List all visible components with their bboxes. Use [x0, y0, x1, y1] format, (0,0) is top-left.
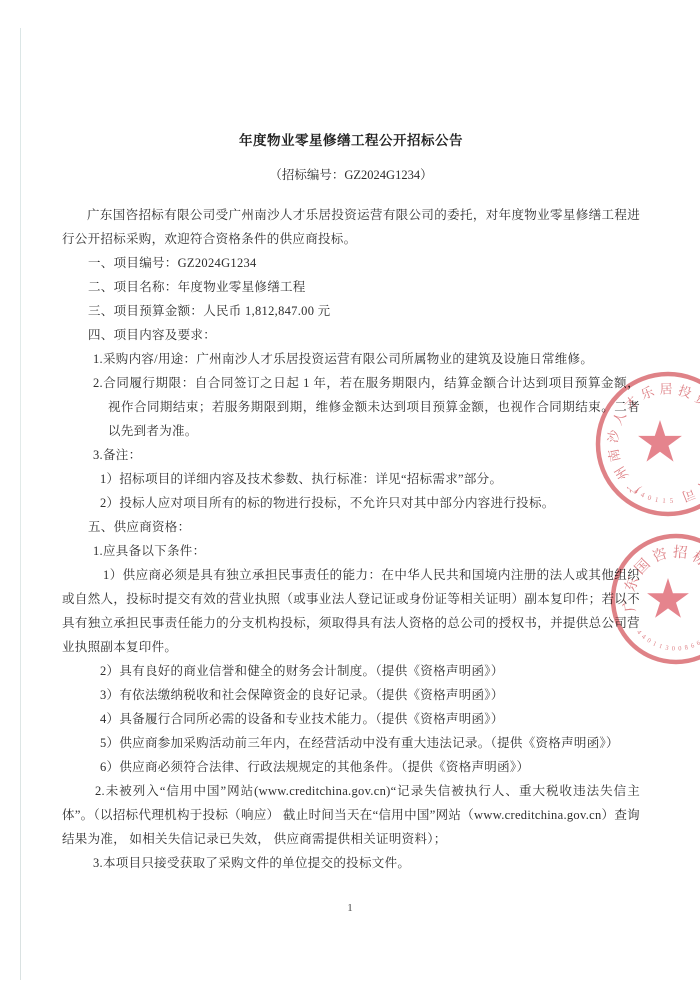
svg-text:0: 0 [678, 645, 682, 652]
svg-text:8: 8 [684, 644, 689, 652]
paragraph: 1.采购内容/用途：广州南沙人才乐居投资运营有限公司所属物业的建筑及设施日常维修… [93, 347, 640, 371]
paragraph: 2.未被列入“信用中国”网站(www.creditchina.gov.cn)“记… [62, 779, 640, 851]
svg-text:资: 资 [692, 391, 700, 411]
paragraph: 3）有依法缴纳税收和社会保障资金的良好记录。（提供《资格声明函》） [100, 683, 640, 707]
paragraph: 二、项目名称：年度物业零星修缮工程 [88, 275, 640, 299]
svg-text:6: 6 [696, 639, 700, 647]
svg-text:居: 居 [659, 381, 673, 396]
seal-star-icon [647, 578, 689, 618]
paragraph: 一、项目编号：GZ2024G1234 [88, 251, 640, 275]
document-content: 年度物业零星修缮工程公开招标公告 （招标编号：GZ2024G1234） 广东国咨… [62, 131, 640, 875]
svg-text:投: 投 [676, 383, 693, 401]
paragraph: 4）具备履行合同所必需的设备和专业技术能力。（提供《资格声明函》） [100, 707, 640, 731]
seal-star-icon [638, 420, 682, 462]
svg-text:3: 3 [665, 644, 669, 651]
svg-text:招: 招 [672, 543, 688, 562]
paragraph: 3.备注： [93, 443, 640, 467]
scan-artifact-line [20, 28, 21, 980]
paragraph: 三、项目预算金额：人民币 1,812,847.00 元 [88, 299, 640, 323]
svg-text:1: 1 [658, 643, 663, 651]
document-title: 年度物业零星修缮工程公开招标公告 [62, 131, 640, 151]
paragraph: 1）供应商必须是具有独立承担民事责任的能力：在中华人民共和国境内注册的法人或其他… [62, 563, 640, 659]
paragraph: 3.本项目只接受获取了采购文件的单位提交的投标文件。 [93, 851, 640, 875]
paragraph: 四、项目内容及要求： [88, 323, 640, 347]
paragraph: 2.合同履行期限：自合同签订之日起 1 年，若在服务期限内，结算金额合计达到项目… [62, 371, 640, 443]
svg-text:1: 1 [654, 496, 660, 505]
svg-text:公: 公 [695, 475, 700, 495]
svg-text:4: 4 [639, 491, 646, 500]
svg-text:6: 6 [690, 642, 696, 650]
paragraph: 广东国咨招标有限公司受广州南沙人才乐居投资运营有限公司的委托，对年度物业零星修缮… [62, 203, 640, 251]
svg-text:0: 0 [672, 645, 676, 652]
tender-number-subtitle: （招标编号：GZ2024G1234） [62, 165, 640, 185]
svg-text:4: 4 [640, 633, 648, 641]
page-number: 1 [0, 902, 700, 914]
svg-text:1: 1 [662, 497, 667, 505]
paragraph: 五、供应商资格： [88, 515, 640, 539]
svg-text:5: 5 [669, 497, 673, 505]
paragraph: 5）供应商参加采购活动前三年内，在经营活动中没有重大违法记录。（提供《资格声明函… [100, 731, 640, 755]
document-body: 广东国咨招标有限公司受广州南沙人才乐居投资运营有限公司的委托，对年度物业零星修缮… [62, 203, 640, 875]
paragraph: 1.应具备以下条件： [93, 539, 640, 563]
svg-text:0: 0 [645, 637, 652, 645]
svg-text:乐: 乐 [639, 383, 658, 402]
paragraph: 2）具有良好的商业信誉和健全的财务会计制度。（提供《资格声明函》） [100, 659, 640, 683]
svg-text:0: 0 [646, 494, 652, 503]
paragraph: 2）投标人应对项目所有的标的物进行投标，不允许只对其中部分内容进行投标。 [100, 491, 640, 515]
svg-text:标: 标 [689, 548, 700, 570]
svg-text:咨: 咨 [650, 545, 669, 566]
paragraph: 1）招标项目的详细内容及技术参数、执行标准：详见“招标需求”部分。 [100, 467, 640, 491]
svg-text:1: 1 [651, 640, 657, 648]
svg-text:司: 司 [680, 486, 698, 505]
scanned-document-page: { "document": { "title": "年度物业零星修缮工程公开招标… [0, 0, 700, 989]
paragraph: 6）供应商必须符合法律、行政法规规定的其他条件。（提供《资格声明函》） [100, 755, 640, 779]
